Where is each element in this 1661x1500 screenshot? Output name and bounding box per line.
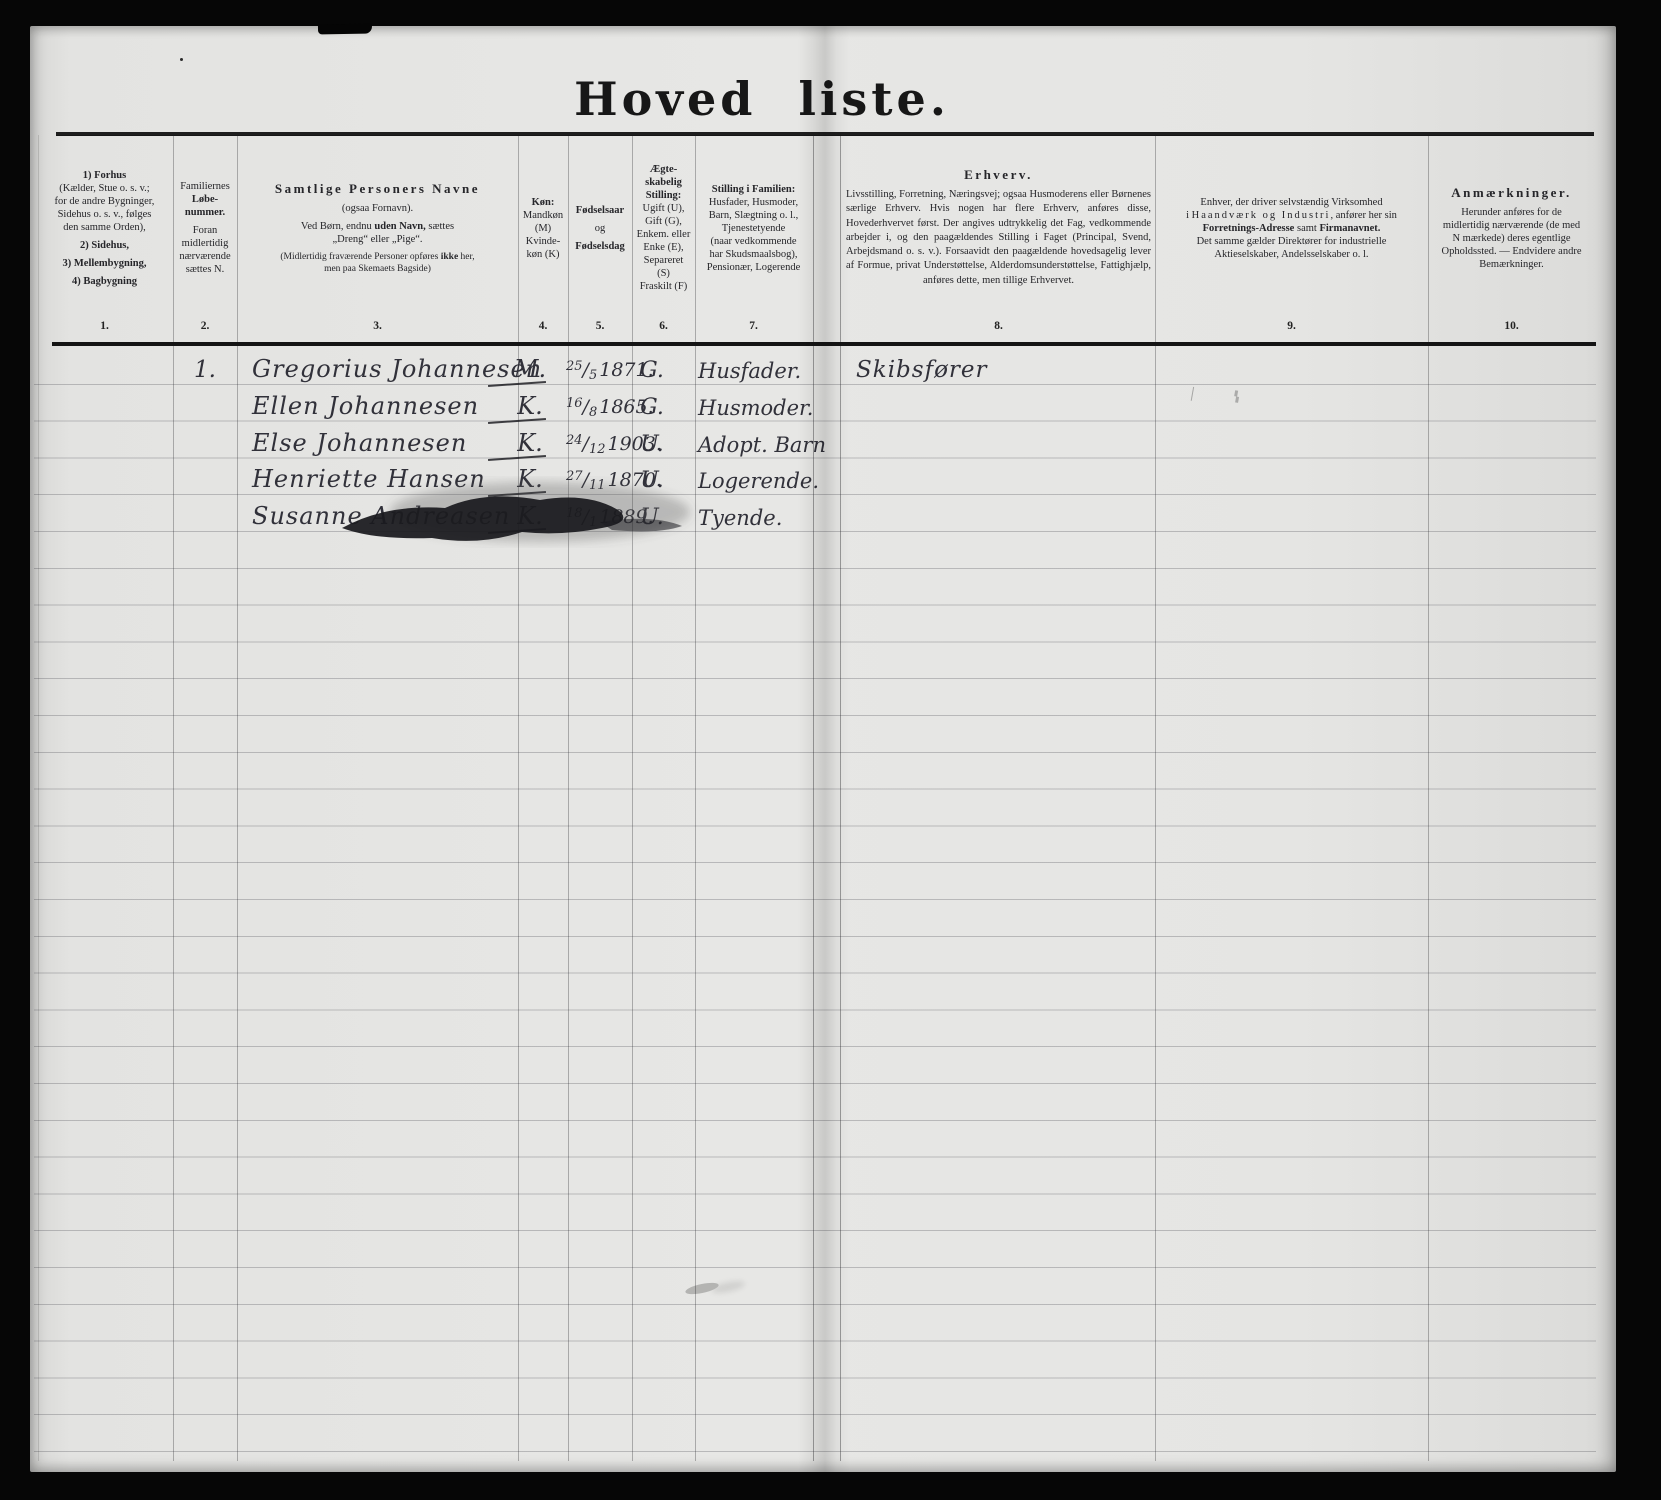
entry-occupation: Skibsfører	[856, 357, 988, 383]
entry-sex: K.	[500, 502, 560, 530]
entry-marital-status: U.	[626, 432, 678, 457]
entry-family-position: Adopt. Barn	[698, 433, 826, 457]
entry-name: Else Johannesen	[252, 429, 467, 457]
entry-marital-status: U.	[626, 468, 678, 493]
entry-birthdate: 24/121903.	[566, 433, 606, 457]
entry-sex: K.	[500, 392, 560, 420]
entry-birthdate: 25/51871.	[566, 359, 597, 383]
entry-family-position: Husfader.	[698, 359, 801, 383]
entry-name: Ellen Johannesen	[252, 392, 479, 420]
entry-name: Henriette Hansen	[252, 465, 486, 493]
entry-family-position: Husmoder.	[698, 396, 813, 420]
entry-lobenummer: 1.	[180, 357, 230, 383]
table-row: 1.Gregorius JohannesenM.25/51871.G.Husfa…	[30, 348, 1590, 385]
entry-family-position: Tyende.	[698, 506, 782, 530]
scanned-census-image: Hoved liste. 1) Forhus(Kælder, Stue o. s…	[0, 0, 1661, 1500]
handwritten-entries: 1.Gregorius JohannesenM.25/51871.G.Husfa…	[30, 26, 1616, 1472]
entry-sex: K.	[500, 429, 560, 457]
entry-marital-status: G.	[626, 358, 678, 383]
entry-birthdate: 16/81865.	[566, 396, 597, 420]
entry-name: Susanne Andreasen	[252, 502, 510, 530]
entry-sex: M.	[500, 355, 560, 383]
entry-birthdate: 27/111870.	[566, 469, 606, 493]
entry-birthdate: 18/11889.	[566, 506, 597, 530]
entry-family-position: Logerende.	[698, 469, 819, 493]
table-row: Else JohannesenK.24/121903.U.Adopt. Barn	[30, 422, 1590, 459]
table-row: Ellen JohannesenK.16/81865.G.Husmoder.	[30, 385, 1590, 422]
table-row: Susanne AndreasenK.18/11889.U.Tyende.	[30, 495, 1590, 532]
entry-sex: K.	[500, 465, 560, 493]
entry-marital-status: G.	[626, 395, 678, 420]
table-row: Henriette HansenK.27/111870.U.Logerende.	[30, 458, 1590, 495]
entry-name: Gregorius Johannesen	[252, 355, 542, 383]
entry-marital-status: U.	[626, 505, 678, 530]
census-form-page: Hoved liste. 1) Forhus(Kælder, Stue o. s…	[30, 26, 1616, 1472]
